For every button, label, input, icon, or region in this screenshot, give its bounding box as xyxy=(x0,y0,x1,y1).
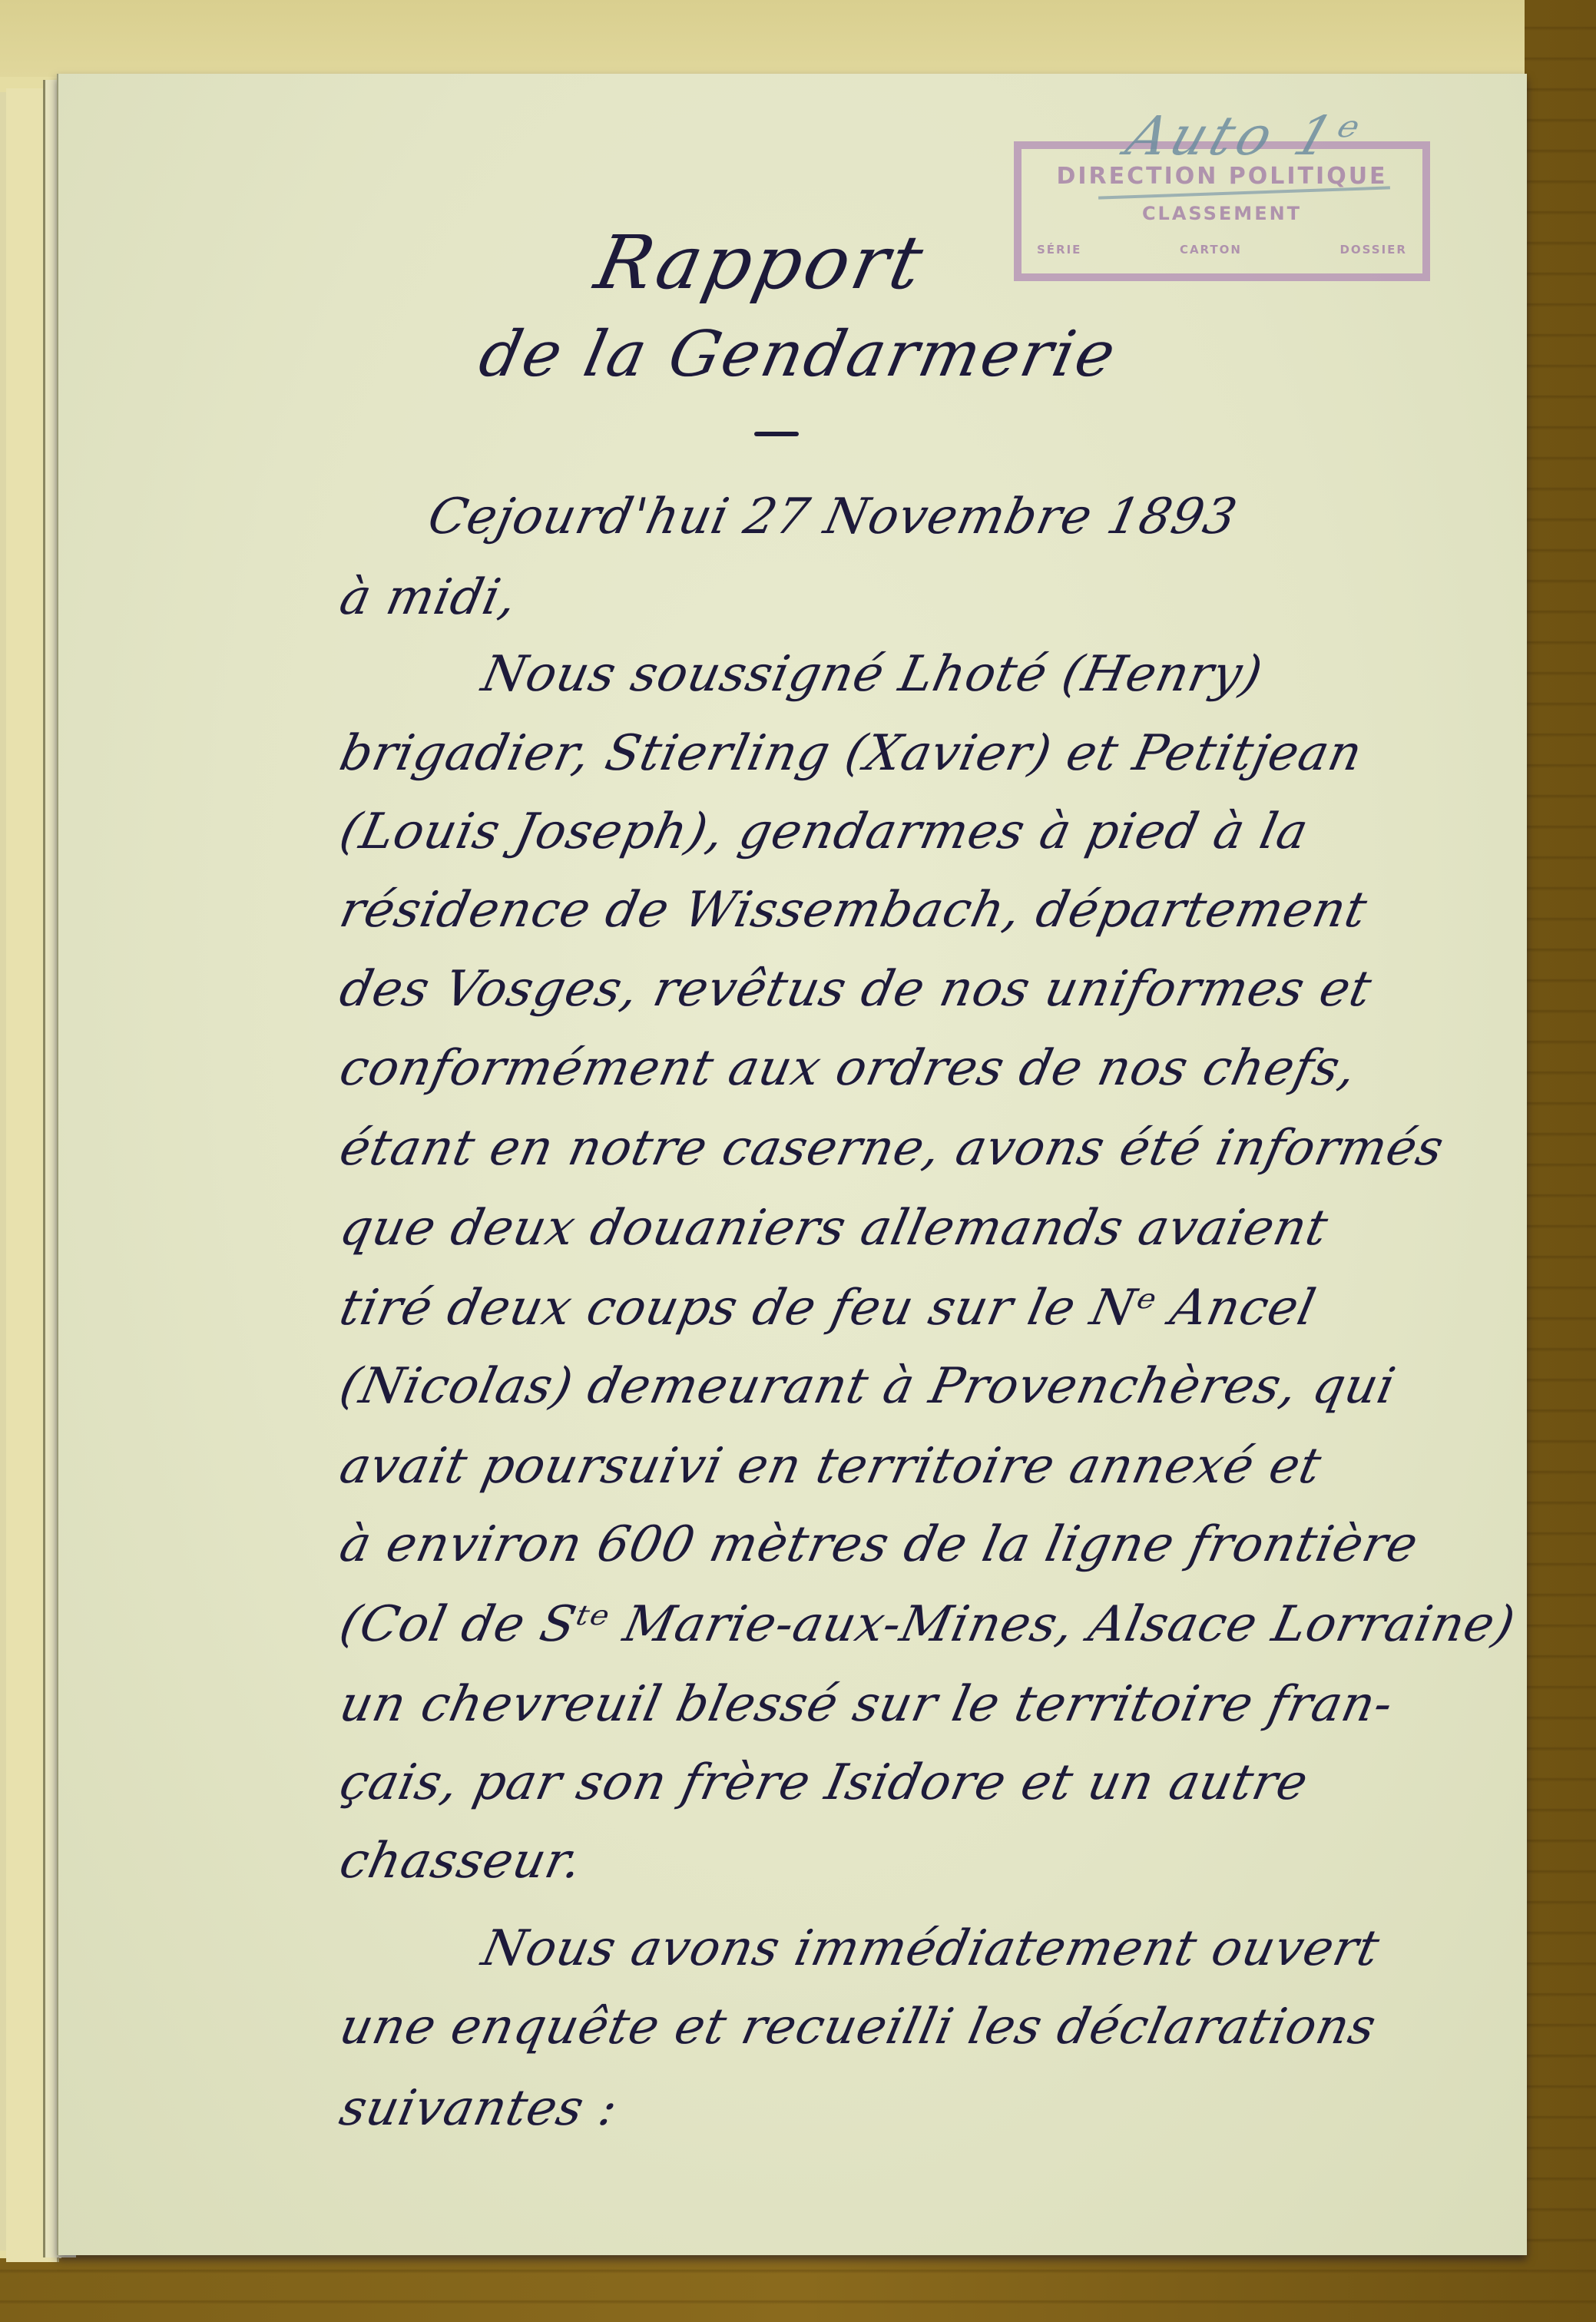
text-line: étant en notre caserne, avons été inform… xyxy=(335,1120,1449,1177)
text-line: suivantes : xyxy=(335,2080,623,2137)
stamp-classification: CLASSEMENT xyxy=(1022,203,1422,224)
text-line: des Vosges, revêtus de nos uniformes et xyxy=(335,961,1377,1018)
document-subtitle: de la Gendarmerie xyxy=(473,318,1124,391)
document-title: Rapport xyxy=(588,220,933,306)
document-page: DIRECTION POLITIQUE CLASSEMENT SÉRIE CAR… xyxy=(57,74,1527,2255)
text-line: un chevreuil blessé sur le territoire fr… xyxy=(335,1676,1399,1733)
archive-stamp: DIRECTION POLITIQUE CLASSEMENT SÉRIE CAR… xyxy=(1014,141,1430,281)
text-line: avait poursuivi en territoire annexé et xyxy=(335,1438,1326,1495)
stamp-field-carton: CARTON xyxy=(1180,243,1242,257)
text-line: tiré deux coups de feu sur le Nᵉ Ancel xyxy=(335,1280,1321,1337)
text-line: (Col de Sᵗᵉ Marie-aux-Mines, Alsace Lorr… xyxy=(335,1596,1520,1653)
title-separator xyxy=(754,432,799,436)
text-line: conformément aux ordres de nos chefs, xyxy=(335,1040,1362,1097)
stamp-field-serie: SÉRIE xyxy=(1037,243,1081,257)
archive-folder-background xyxy=(0,0,1525,77)
text-line: çais, par son frère Isidore et un autre xyxy=(335,1754,1313,1811)
text-line: Nous soussigné Lhoté (Henry) xyxy=(477,646,1268,703)
text-line: Cejourd'hui 27 Novembre 1893 xyxy=(423,489,1242,545)
text-line: Nous avons immédiatement ouvert xyxy=(477,1920,1385,1977)
text-line: (Louis Joseph), gendarmes à pied à la xyxy=(335,803,1313,860)
text-line: à environ 600 mètres de la ligne frontiè… xyxy=(335,1516,1423,1573)
text-line: à midi, xyxy=(335,569,522,626)
text-line: une enquête et recueilli les déclaration… xyxy=(335,1999,1381,2055)
text-line: chasseur. xyxy=(335,1833,588,1890)
text-line: que deux douaniers allemands avaient xyxy=(335,1200,1333,1257)
stamp-handwritten-note: Auto 1ᵉ xyxy=(1119,104,1371,167)
text-line: (Nicolas) demeurant à Provenchères, qui xyxy=(335,1358,1401,1415)
text-line: résidence de Wissembach, département xyxy=(335,882,1372,939)
stamp-fields: SÉRIE CARTON DOSSIER xyxy=(1037,243,1407,257)
text-line: brigadier, Stierling (Xavier) et Petitje… xyxy=(335,725,1368,782)
stamp-field-dossier: DOSSIER xyxy=(1339,243,1407,257)
